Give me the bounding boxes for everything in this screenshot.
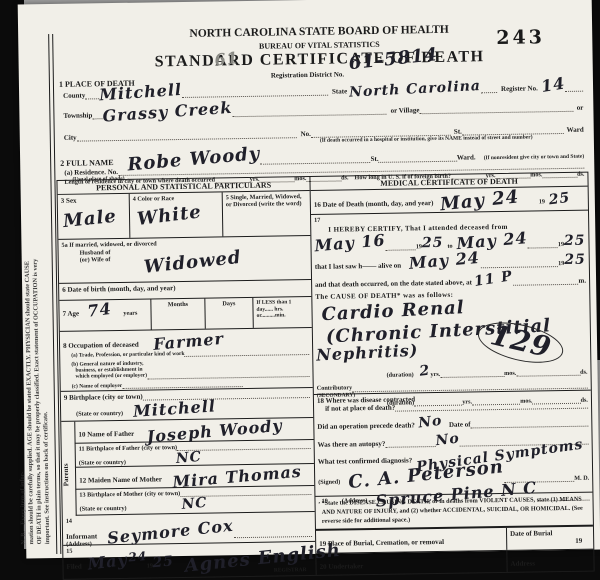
death-occurred-label: and that death occurred, on the date sta… (315, 279, 472, 290)
register-no-label: Register No. (501, 84, 538, 93)
duration-ds: ds. (580, 369, 588, 376)
operation-date-label: Date of (449, 421, 471, 429)
married-to-cell: 5a If married, widowed, or divorced Husb… (58, 236, 311, 284)
st-label: St. (454, 128, 462, 136)
mother-label: 12 Maiden Name of Mother (79, 475, 162, 484)
burial-place-label: 19 Place of Burial, Cremation, or remova… (319, 538, 444, 548)
certificate-paper: N. B.—Every item of infor- mation should… (18, 0, 600, 558)
burial-place-cell: 19 Place of Burial, Cremation, or remova… (316, 528, 507, 553)
birthplace-label: 9 Birthplace (city or town) (64, 392, 143, 401)
burial-date-cell: Date of Burial 19 (507, 527, 593, 550)
parents-label: Parents (62, 455, 71, 495)
father-bp-sub: (State or country) (79, 458, 126, 466)
age-days-cell: Days (205, 298, 253, 328)
marital-label: 5 Single, Married, Widowed, or Divorced … (226, 193, 307, 209)
m-label: m. (578, 277, 586, 285)
sex-label: 3 Sex (61, 196, 126, 205)
informant-cell: 14 Informant Seymore Cox (Address) (63, 511, 315, 545)
occupation-label: 8 Occupation of deceased (63, 340, 139, 349)
undertaker-address-cell: Address (507, 550, 593, 573)
county-label: County (63, 91, 85, 99)
birthplace-value: Mitchell (133, 398, 217, 420)
state-label: State (332, 87, 347, 95)
race-cell: 4 Color or Race White (130, 193, 224, 239)
father-bp-value: NC (175, 449, 202, 465)
from-year: 25 (422, 236, 444, 250)
occupation-c-label: (c) Name of employer (72, 383, 123, 390)
operation-value: No (418, 414, 444, 431)
street-no-label: No. (301, 130, 311, 138)
age-years-label: years (123, 310, 137, 317)
signed-label: (Signed) (318, 479, 340, 486)
father-label: 10 Name of Father (78, 429, 134, 438)
autopsy-label: Was there an autopsy? (318, 440, 386, 449)
scanned-death-certificate: { "scan": { "serial_number": "243", "pen… (0, 0, 600, 580)
township-label: Township (63, 111, 92, 120)
sex-race-marital-row: 3 Sex Male 4 Color or Race White 5 Singl… (58, 191, 311, 240)
register-no-value: 14 (540, 75, 566, 95)
where-contracted-label-2: if not at place of death? (325, 404, 395, 413)
serial-number: 243 (496, 26, 545, 49)
footnote-cell: *State the DISEASE CAUSING DEATH, or in … (315, 493, 592, 531)
months-label: Months (168, 301, 188, 308)
age-label: 7 Age (62, 310, 79, 318)
contributory-label: Contributory (317, 385, 353, 393)
mother-bp-sub: (State or country) (80, 504, 127, 512)
duration-value: 2 (419, 364, 431, 379)
undertaker-row: 20 Undertaker Address (316, 550, 593, 576)
township-value: Grassy Creek (102, 100, 233, 125)
to-label: to (447, 243, 452, 250)
duration-yrs: yrs. (430, 371, 440, 378)
birthplace-sub-label: (State or country) (76, 410, 123, 418)
occupation-cell: 8 Occupation of deceased Farmer (a) Trad… (60, 328, 313, 392)
sex-value: Male (62, 208, 117, 231)
date-of-death-label: 16 Date of Death (month, day, and year) (314, 199, 434, 209)
date-of-death-value: May 24 (439, 188, 520, 214)
informant-label: Informant (66, 532, 97, 541)
filed-year: 25 (152, 554, 175, 570)
marital-cell: 5 Single, Married, Widowed, or Divorced … (223, 191, 311, 237)
autopsy-value: No (435, 432, 461, 449)
duration-mos: mos. (504, 370, 516, 377)
occupation-b-label-3: which employed (or employer) (75, 373, 147, 380)
filed-label: Filed (66, 562, 81, 570)
personal-column: PERSONAL AND STATISTICAL PARTICULARS 3 S… (57, 177, 316, 579)
saw-year: 25 (564, 253, 586, 267)
filed-cell: 15 Filed May 24 19 25 Agnes English REGI… (63, 541, 315, 578)
less-than-day-label: If LESS than 1 day...... hrs. or........… (256, 300, 291, 319)
to-year: 25 (564, 234, 586, 248)
death-time-value: 11 P (473, 270, 514, 290)
county-value: Mitchell (99, 82, 183, 104)
disease-questions-cell: 18 Where was disease contracted if not a… (314, 391, 593, 497)
cause-line-3: Nephritis) (316, 343, 419, 364)
mother-bp-value: NC (181, 495, 208, 511)
county-row: County Mitchell State North Carolina Reg… (63, 78, 583, 100)
sex-cell: 3 Sex Male (58, 194, 131, 239)
operation-label: Did an operation precede death? (317, 422, 415, 432)
days-label: Days (222, 301, 235, 308)
last-saw-label: that I last saw h—— alive on (315, 262, 401, 271)
form-grid: PERSONAL AND STATISTICAL PARTICULARS 3 S… (56, 172, 594, 580)
age-cell: 7 Age 74 years (59, 300, 151, 331)
undertaker-cell: 20 Undertaker (316, 551, 507, 576)
burial-year-label: 19 (510, 537, 582, 546)
undertaker-label: 20 Undertaker (319, 562, 363, 571)
attended-from-value: May 16 (314, 233, 386, 255)
state-value: North Carolina (349, 79, 481, 100)
dod-yearpre: 19 (539, 198, 545, 205)
birthdate-label: 6 Date of birth (month, day, and year) (62, 282, 308, 294)
race-label: 4 Color or Race (133, 195, 219, 203)
filed-month: May (87, 551, 129, 572)
pencil-annotation: 61 (214, 50, 240, 69)
duration-label: (duration) (387, 372, 414, 380)
age-months-cell: Months (151, 299, 205, 329)
age-less-cell: If LESS than 1 day...... hrs. or........… (253, 297, 311, 327)
mother-birthplace-cell: 13 Birthplace of Mother (city or town) (… (75, 485, 314, 515)
age-value: 74 (86, 301, 112, 320)
city-label: City (64, 134, 77, 142)
md-label: M. D. (574, 475, 589, 482)
filed-day: 24 (127, 550, 147, 564)
registration-district-label: Registration District No. (271, 70, 344, 79)
ward-label: Ward (567, 126, 584, 134)
dod-year: 25 (548, 191, 571, 207)
medical-column: MEDICAL CERTIFICATE OF DEATH 16 Date of … (310, 173, 593, 575)
certification-cell: 17 I HEREBY CERTIFY, That I attended dec… (311, 211, 591, 395)
or-label: or (577, 104, 584, 112)
test-label: What test confirmed diagnosis? (318, 457, 412, 467)
undertaker-address-label: Address (510, 560, 535, 568)
age-row: 7 Age 74 years Months Days If LESS than … (59, 297, 311, 331)
race-value: White (136, 204, 203, 230)
or-village-label: or Village (391, 106, 420, 114)
last-saw-value: May 24 (409, 250, 481, 272)
footnote-text: *State the DISEASE CAUSING DEATH, or in … (322, 496, 583, 524)
